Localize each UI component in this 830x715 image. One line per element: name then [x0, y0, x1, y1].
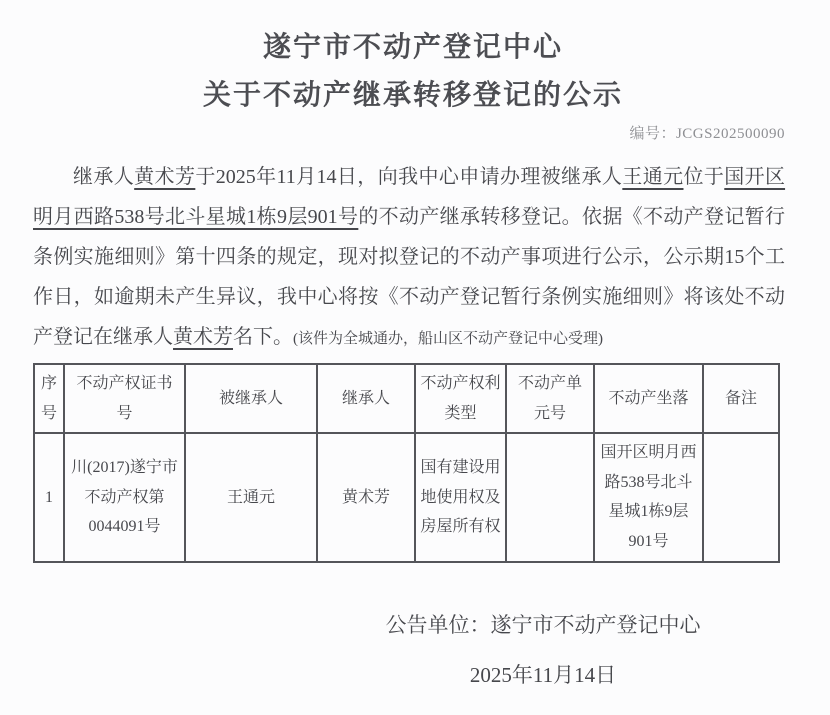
segment-located-at: 位于: [684, 166, 725, 188]
column-header-heir: 继承人: [317, 364, 415, 433]
segment-decedent-name: 王通元: [622, 166, 683, 188]
cell-location: 国开区明月西路538号北斗星城1栋9层901号: [594, 433, 703, 561]
doc-number-value: JCGS202500090: [676, 126, 785, 142]
footer: 公告单位：遂宁市不动产登记中心 2025年11月14日: [313, 609, 773, 689]
cell-remarks: [703, 433, 779, 561]
column-header-remarks: 备注: [703, 364, 779, 433]
cell-heir: 黄术芳: [317, 433, 415, 561]
cell-decedent: 王通元: [185, 433, 317, 561]
column-header-location: 不动产坐落: [594, 364, 703, 433]
column-header-index: 序号: [34, 364, 64, 433]
table-row: 1 川(2017)遂宁市不动产权第0044091号 王通元 黄术芳 国有建设用地…: [34, 433, 779, 561]
date-line: 2025年11月14日: [313, 659, 773, 689]
column-header-unit-no: 不动产单元号: [506, 364, 594, 433]
issuer-line: 公告单位：遂宁市不动产登记中心: [313, 609, 773, 639]
cell-certificate-no: 川(2017)遂宁市不动产权第0044091号: [64, 433, 185, 561]
document-page: 遂宁市不动产登记中心 关于不动产继承转移登记的公示 编号：JCGS2025000…: [0, 0, 830, 689]
segment-heir-name: 黄术芳: [134, 166, 195, 188]
cell-right-type: 国有建设用地使用权及房屋所有权: [415, 433, 506, 561]
doc-title-line1: 遂宁市不动产登记中心: [33, 30, 793, 64]
cell-index: 1: [34, 433, 64, 561]
column-header-right-type: 不动产权利类型: [415, 364, 506, 433]
notice-paragraph: 继承人黄术芳于2025年11月14日，向我中心申请办理被继承人王通元位于国开区明…: [33, 157, 785, 359]
segment-application: 于2025年11月14日，向我中心申请办理被继承人: [195, 166, 622, 188]
doc-number-label: 编号：: [629, 126, 676, 142]
doc-number: 编号：JCGS202500090: [33, 122, 785, 143]
table-header-row: 序号 不动产权证书号 被继承人 继承人 不动产权利类型 不动产单元号 不动产坐落…: [34, 364, 779, 433]
doc-title-line2: 关于不动产继承转移登记的公示: [33, 78, 793, 112]
segment-heir-name-2: 黄术芳: [173, 326, 233, 348]
registration-table: 序号 不动产权证书号 被继承人 继承人 不动产权利类型 不动产单元号 不动产坐落…: [33, 363, 780, 563]
cell-unit-no: [506, 433, 594, 561]
column-header-decedent: 被继承人: [185, 364, 317, 433]
segment-handling-note: (该件为全城通办，船山区不动产登记中心受理): [293, 331, 603, 347]
segment-closing: 名下。: [233, 326, 293, 348]
column-header-certificate-no: 不动产权证书号: [64, 364, 185, 433]
segment-intro: 继承人: [73, 166, 134, 188]
